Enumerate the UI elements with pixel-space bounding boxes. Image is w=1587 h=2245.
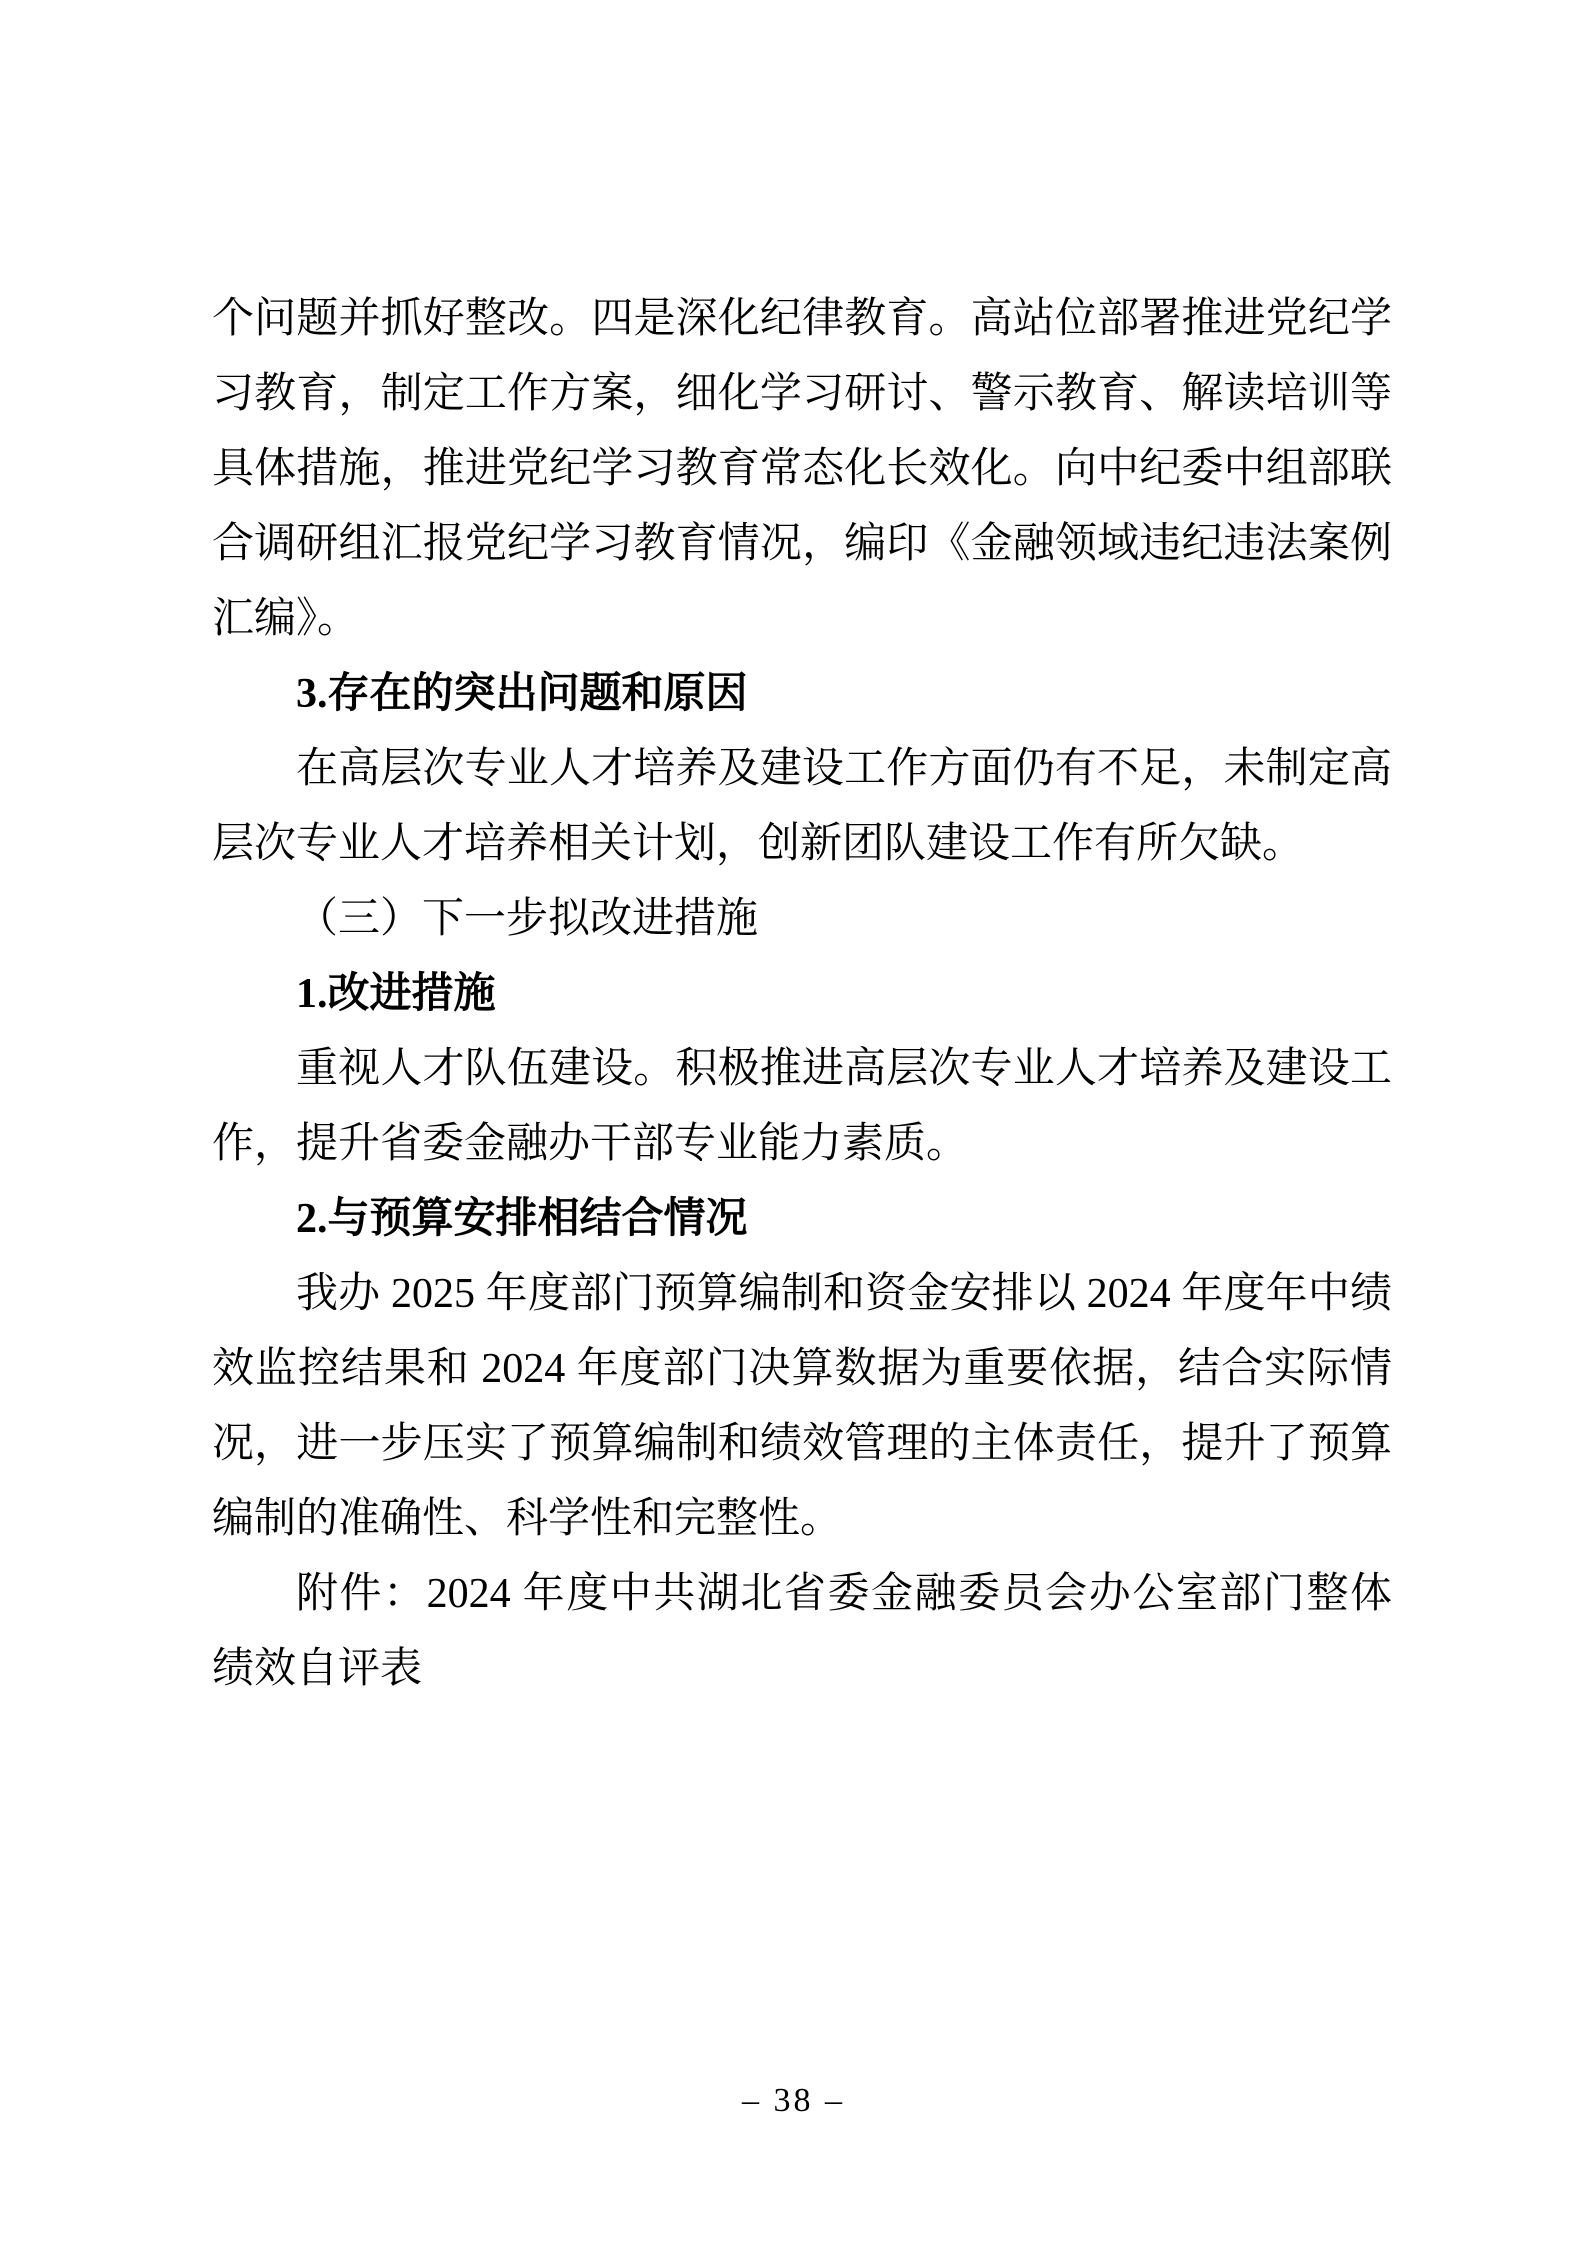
heading-next-step-improvement-section: （三）下一步拟改进措施: [212, 882, 1392, 957]
paragraph-discipline-education: 个问题并抓好整改。四是深化纪律教育。高站位部署推进党纪学习教育，制定工作方案，细…: [212, 282, 1392, 657]
paragraph-attachment-note: 附件：2024 年度中共湖北省委金融委员会办公室部门整体绩效自评表: [212, 1557, 1392, 1707]
heading-improvement-measures: 1.改进措施: [212, 957, 1392, 1032]
page-number: – 38 –: [0, 2078, 1587, 2124]
paragraph-budget-2025: 我办 2025 年度部门预算编制和资金安排以 2024 年度年中绩效监控结果和 …: [212, 1257, 1392, 1557]
document-body: 个问题并抓好整改。四是深化纪律教育。高站位部署推进党纪学习教育，制定工作方案，细…: [212, 282, 1392, 1707]
paragraph-talent-shortcomings: 在高层次专业人才培养及建设工作方面仍有不足，未制定高层次专业人才培养相关计划，创…: [212, 732, 1392, 882]
paragraph-talent-development: 重视人才队伍建设。积极推进高层次专业人才培养及建设工作，提升省委金融办干部专业能…: [212, 1032, 1392, 1182]
heading-budget-integration: 2.与预算安排相结合情况: [212, 1182, 1392, 1257]
document-page: 个问题并抓好整改。四是深化纪律教育。高站位部署推进党纪学习教育，制定工作方案，细…: [0, 0, 1587, 2245]
heading-problems-and-causes: 3.存在的突出问题和原因: [212, 657, 1392, 732]
